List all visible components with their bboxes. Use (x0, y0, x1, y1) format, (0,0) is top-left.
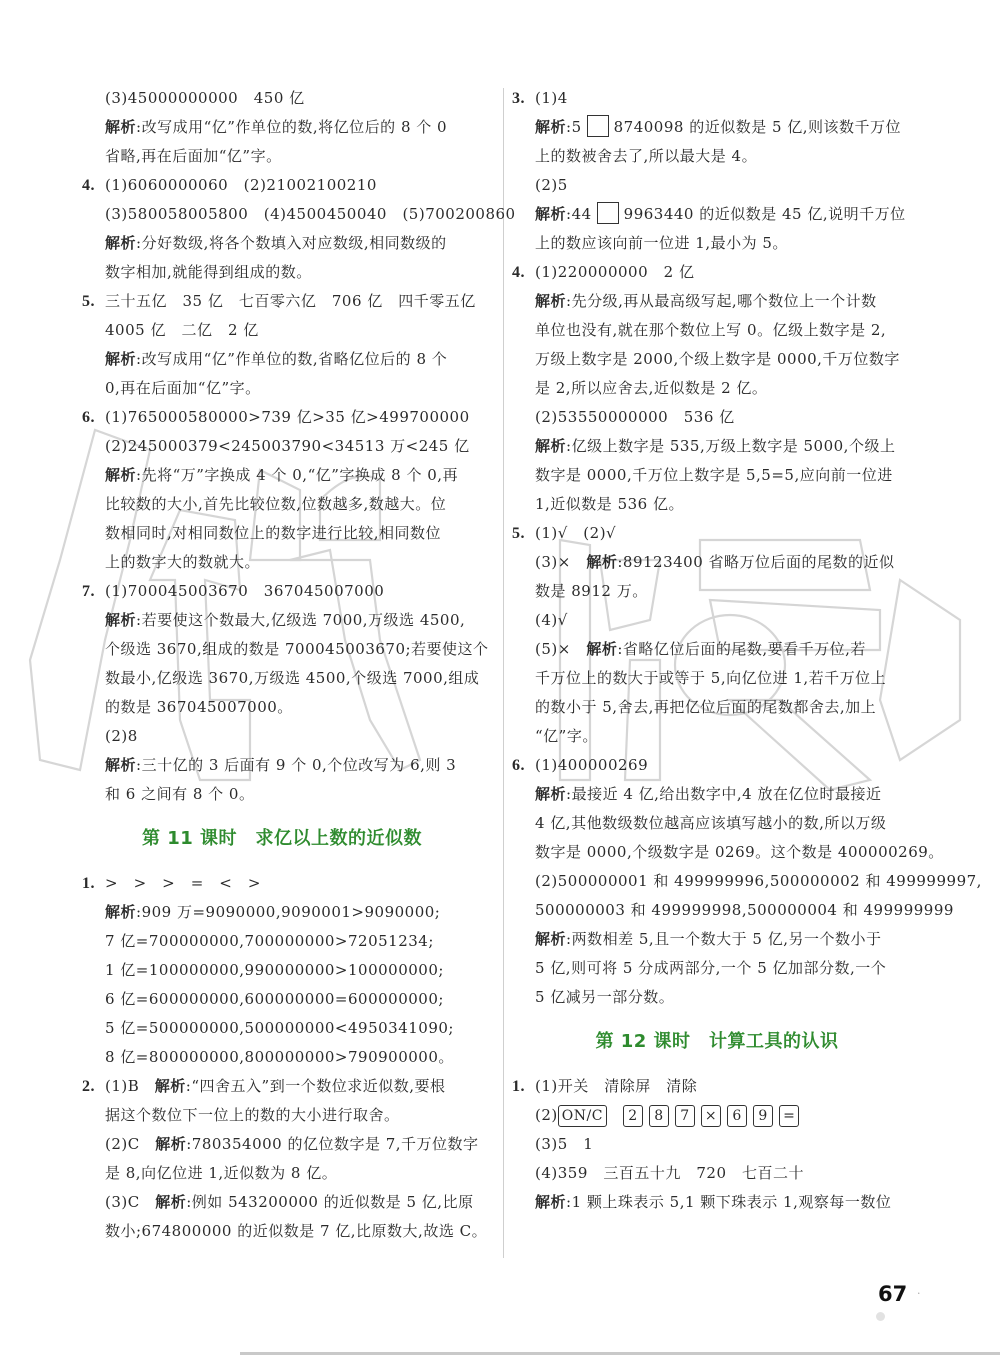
decorative-dot (876, 1312, 885, 1321)
question-number: 5. (512, 519, 535, 548)
answer-line: 5 亿减另一部分数。 (512, 983, 922, 1012)
question-number: 6. (82, 403, 105, 432)
question-number: 1. (82, 869, 105, 898)
answer-line: 4005 亿 二亿 2 亿 (82, 316, 482, 345)
calculator-key: = (779, 1105, 799, 1127)
answer-line: 数字是 0000,千万位上数字是 5,5=5,应向前一位进 (512, 461, 922, 490)
answer-line: “亿”字。 (512, 722, 922, 751)
analysis-label: 解析 (586, 553, 617, 571)
answer-line: 1,近似数是 536 亿。 (512, 490, 922, 519)
answer-line: 6 亿=600000000,600000000=600000000; (82, 985, 482, 1014)
answer-line: 数最小,亿级选 3670,万级选 4500,个级选 7000,组成 (82, 664, 482, 693)
analysis-line: 解析:改写成用“亿”作单位的数,将亿位后的 8 个 0 (82, 113, 482, 142)
analysis-label: 解析 (535, 1193, 566, 1211)
analysis-label: 解析 (535, 205, 566, 223)
question-number: 6. (512, 751, 535, 780)
calculator-key: 7 (675, 1105, 695, 1127)
answer-line: 单位也没有,就在那个数位上写 0。亿级上数字是 2, (512, 316, 922, 345)
analysis-label: 解析 (155, 1135, 186, 1153)
answer-line: 数是 8912 万。 (512, 577, 922, 606)
analysis-label: 解析 (105, 234, 136, 252)
analysis-label: 解析 (535, 930, 566, 948)
answer-line: 省略,再在后面加“亿”字。 (82, 142, 482, 171)
answer-line: 8 亿=800000000,800000000>790900000。 (82, 1043, 482, 1072)
analysis-label: 解析 (105, 350, 136, 368)
right-answer-list: 4.(1)220000000 2 亿解析:先分级,再从最高级写起,哪个数位上一个… (512, 258, 922, 1012)
analysis-label: 解析 (535, 437, 566, 455)
answer-line: (4)359 三百五十九 720 七百二十 (512, 1159, 922, 1188)
analysis-label: 解析 (155, 1193, 186, 1211)
calculator-key: 2 (623, 1105, 643, 1127)
analysis-line: 解析:449963440 的近似数是 45 亿,说明千万位 (512, 200, 922, 229)
answer-line: 5.三十五亿 35 亿 七百零六亿 706 亿 四千零五亿 (82, 287, 482, 316)
answer-line: 数小;674800000 的近似数是 7 亿,比原数大,故选 C。 (82, 1217, 482, 1246)
blank-box (597, 202, 619, 224)
analysis-line: 解析:先将“万”字换成 4 个 0,“亿”字换成 8 个 0,再 (82, 461, 482, 490)
answer-line: 个级选 3670,组成的数是 700045003670;若要使这个 (82, 635, 482, 664)
calculator-keys: ON/C287×69= (558, 1106, 806, 1124)
analysis-label: 解析 (105, 466, 136, 484)
analysis-line: (3)C 解析:例如 543200000 的近似数是 5 亿,比原 (82, 1188, 482, 1217)
answer-line: 4.(1)220000000 2 亿 (512, 258, 922, 287)
answer-line: 0,再在后面加“亿”字。 (82, 374, 482, 403)
analysis-line: 解析:分好数级,将各个数填入对应数级,相同数级的 (82, 229, 482, 258)
answer-line: (2)500000001 和 499999996,500000002 和 499… (512, 867, 922, 896)
calculator-key: 6 (727, 1105, 747, 1127)
page-number: 67 (878, 1282, 907, 1306)
analysis-line: 解析:909 万=9090000,9090001>9090000; (82, 898, 482, 927)
analysis-line: 上的数被舍去了,所以最大是 4。 (512, 142, 922, 171)
question-number: 3. (512, 84, 535, 113)
analysis-label: 解析 (586, 640, 617, 658)
answer-line: (2)245000379<245003790<34513 万<245 亿 (82, 432, 482, 461)
section-heading-lesson-12: 第 12 课时 计算工具的认识 (512, 1012, 922, 1072)
question-number: 4. (82, 171, 105, 200)
answer-line: 5 亿=500000000,500000000<4950341090; (82, 1014, 482, 1043)
page-edge (240, 1352, 1000, 1355)
left-column: (3)45000000000 450 亿解析:改写成用“亿”作单位的数,将亿位后… (82, 84, 482, 1246)
answer-line: 数字相加,就能得到组成的数。 (82, 258, 482, 287)
answer-line: 1.> > > = < > (82, 869, 482, 898)
answer-line: 5.(1)√ (2)√ (512, 519, 922, 548)
page-mark: · (917, 1287, 921, 1300)
analysis-line: (3)× 解析:89123400 省略万位后面的尾数的近似 (512, 548, 922, 577)
analysis-label: 解析 (535, 785, 566, 803)
analysis-line: (2)C 解析:780354000 的亿位数字是 7,千万位数字 (82, 1130, 482, 1159)
right-column: 3.(1)4 解析:58740098 的近似数是 5 亿,则该数千万位 上的数被… (512, 84, 922, 1217)
calculator-key: ON/C (558, 1105, 607, 1127)
section-heading-lesson-11: 第 11 课时 求亿以上数的近似数 (82, 809, 482, 869)
answer-line: 5 亿,则可将 5 分成两部分,一个 5 亿加部分数,一个 (512, 954, 922, 983)
answer-line: (2)5 (512, 171, 922, 200)
answer-line: 7.(1)700045003670 367045007000 (82, 577, 482, 606)
answer-line: 1.(1)开关 清除屏 清除 (512, 1072, 922, 1101)
analysis-line: 解析:先分级,再从最高级写起,哪个数位上一个计数 (512, 287, 922, 316)
question-number: 4. (512, 258, 535, 287)
answer-line: (4)√ (512, 606, 922, 635)
calculator-key: × (701, 1105, 721, 1127)
blank-box (587, 115, 609, 137)
answer-line: 和 6 之间有 8 个 0。 (82, 780, 482, 809)
column-divider (503, 88, 504, 1258)
answer-line: 比较数的大小,首先比较位数,位数越多,数越大。位 (82, 490, 482, 519)
question-number: 7. (82, 577, 105, 606)
analysis-line: 解析:58740098 的近似数是 5 亿,则该数千万位 (512, 113, 922, 142)
answer-line: 是 2,所以应舍去,近似数是 2 亿。 (512, 374, 922, 403)
analysis-line: 解析:改写成用“亿”作单位的数,省略亿位后的 8 个 (82, 345, 482, 374)
answer-line: 数字是 0000,个级数字是 0269。这个数是 400000269。 (512, 838, 922, 867)
answer-line: 4 亿,其他数级数位越高应该填写越小的数,所以万级 (512, 809, 922, 838)
analysis-label: 解析 (535, 292, 566, 310)
answer-line: 6.(1)765000580000>739 亿>35 亿>499700000 (82, 403, 482, 432)
analysis-line: 解析:三十亿的 3 后面有 9 个 0,个位改写为 6,则 3 (82, 751, 482, 780)
answer-line: 数相同时,对相同数位上的数字进行比较,相同数位 (82, 519, 482, 548)
answer-line: 千万位上的数大于或等于 5,向亿位进 1,若千万位上 (512, 664, 922, 693)
analysis-line: 解析:若要使这个数最大,亿级选 7000,万级选 4500, (82, 606, 482, 635)
analysis-label: 解析 (105, 118, 136, 136)
analysis-line: 解析:最接近 4 亿,给出数字中,4 放在亿位时最接近 (512, 780, 922, 809)
analysis-label: 解析 (105, 611, 136, 629)
question-number: 5. (82, 287, 105, 316)
answer-line: 的数是 367045007000。 (82, 693, 482, 722)
question-number: 1. (512, 1072, 535, 1101)
left-answer-list: (3)45000000000 450 亿解析:改写成用“亿”作单位的数,将亿位后… (82, 84, 482, 809)
answer-line: 上的数字大的数就大。 (82, 548, 482, 577)
answer-line: 500000003 和 499999998,500000004 和 499999… (512, 896, 922, 925)
analysis-line: (5)× 解析:省略亿位后面的尾数,要看千万位,若 (512, 635, 922, 664)
calculator-key: 8 (649, 1105, 669, 1127)
answer-line: (3)580058005800 (4)4500450040 (5)7002008… (82, 200, 482, 229)
analysis-line: 解析:亿级上数字是 535,万级上数字是 5000,个级上 (512, 432, 922, 461)
answer-line: 据这个数位下一位上的数的大小进行取舍。 (82, 1101, 482, 1130)
question-number: 2. (82, 1072, 105, 1101)
answer-line: 的数小于 5,舍去,再把亿位后面的尾数都舍去,加上 (512, 693, 922, 722)
analysis-label: 解析 (105, 903, 136, 921)
calculator-key-sequence: (2)ON/C287×69= (512, 1101, 922, 1130)
analysis-label: 解析 (535, 118, 566, 136)
answer-line: (3)5 1 (512, 1130, 922, 1159)
analysis-line: 解析:1 颗上珠表示 5,1 颗下珠表示 1,观察每一数位 (512, 1188, 922, 1217)
answer-line: 万级上数字是 2000,个级上数字是 0000,千万位数字 (512, 345, 922, 374)
answer-line: (3)45000000000 450 亿 (82, 84, 482, 113)
answer-line: (2)53550000000 536 亿 (512, 403, 922, 432)
answer-line: 4.(1)6060000060 (2)21002100210 (82, 171, 482, 200)
answer-line: 7 亿=700000000,700000000>72051234; (82, 927, 482, 956)
answer-line: (2)8 (82, 722, 482, 751)
answer-line: 是 8,向亿位进 1,近似数为 8 亿。 (82, 1159, 482, 1188)
answer-line: 3.(1)4 (512, 84, 922, 113)
lesson-11-answer-list: 1.> > > = < >解析:909 万=9090000,9090001>90… (82, 869, 482, 1246)
analysis-line: 2.(1)B 解析:“四舍五入”到一个数位求近似数,要根 (82, 1072, 482, 1101)
calculator-key: 9 (753, 1105, 773, 1127)
analysis-label: 解析 (105, 756, 136, 774)
analysis-label: 解析 (155, 1077, 186, 1095)
answer-line: 6.(1)400000269 (512, 751, 922, 780)
analysis-line: 解析:两数相差 5,且一个数大于 5 亿,另一个数小于 (512, 925, 922, 954)
analysis-line: 上的数应该向前一位进 1,最小为 5。 (512, 229, 922, 258)
answer-line: 1 亿=100000000,990000000>100000000; (82, 956, 482, 985)
